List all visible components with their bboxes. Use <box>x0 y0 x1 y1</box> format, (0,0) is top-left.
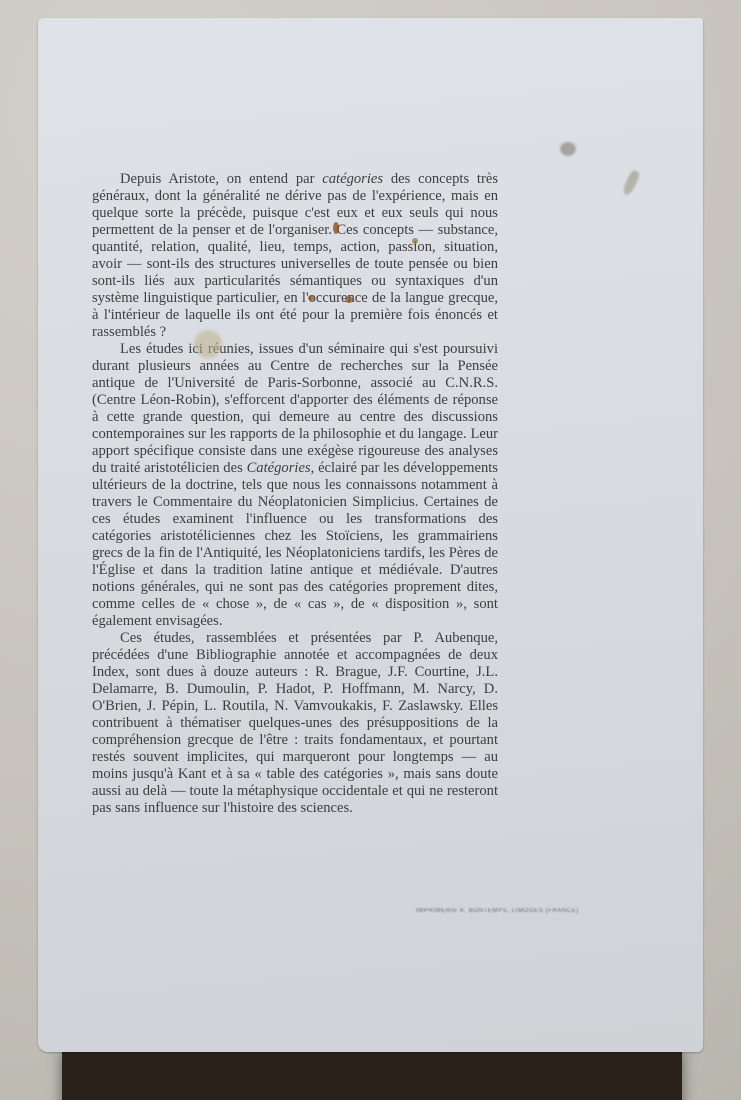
text-run: Les études ici réunies, issues d'un sémi… <box>92 341 498 476</box>
text-run: , éclairé par les développements ultérie… <box>92 460 498 629</box>
text-run: Ces études, rassemblées et présentées pa… <box>92 630 498 816</box>
paragraph-3: Ces études, rassemblées et présentées pa… <box>92 630 498 817</box>
stain-mark <box>621 169 641 197</box>
paragraph-2: Les études ici réunies, issues d'un sémi… <box>92 341 498 630</box>
stain-mark <box>194 330 222 358</box>
paragraph-1: Depuis Aristote, on entend par catégorie… <box>92 171 498 341</box>
stain-mark <box>333 222 339 234</box>
text-run: des concepts très généraux, dont la géné… <box>92 171 498 340</box>
text-run: Depuis Aristote, on entend par <box>120 171 322 187</box>
stain-mark <box>412 238 418 244</box>
cover-text: Depuis Aristote, on entend par catégorie… <box>92 171 498 817</box>
stain-mark <box>560 142 576 156</box>
stain-mark <box>308 295 315 301</box>
book-shadow <box>62 1045 682 1100</box>
stain-mark <box>345 296 353 303</box>
italic-term: catégories <box>322 171 383 187</box>
printer-imprint: IMPRIMERIE A. BONTEMPS, LIMOGES (FRANCE) <box>416 908 579 914</box>
italic-term: Catégories <box>247 460 311 476</box>
